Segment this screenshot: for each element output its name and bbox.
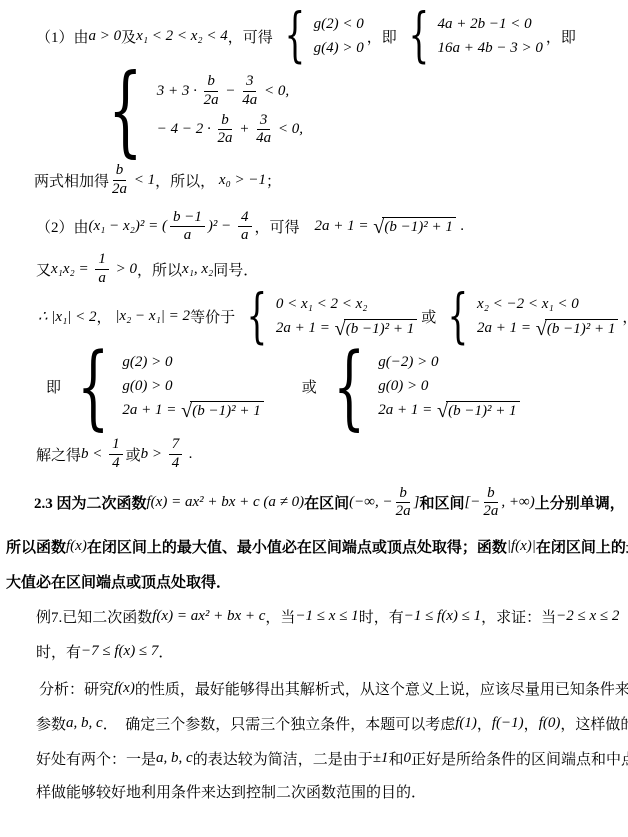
fraction-numerator: 3 — [243, 74, 257, 92]
text-run: ． — [158, 641, 173, 662]
case-row: 2a + 1 = √(b −1)² + 1 — [122, 401, 264, 421]
square-root: √(b −1)² + 1 — [373, 217, 456, 237]
math-line-15: 参数a, b, c． 确定三个参数，只需三个独立条件，本题可以考虑f(1)，f(… — [6, 713, 622, 734]
left-brace-icon: { — [108, 74, 142, 147]
math-line-14: 分析：研究f(x)的性质，最好能够得出其解析式，从这个意义上说，应该尽量用已知条… — [6, 678, 622, 699]
math-run: − — [222, 83, 240, 100]
fraction-numerator: 1 — [109, 437, 123, 455]
fraction-numerator: 4 — [238, 210, 252, 228]
cases-rows: x₂ < −2 < x₁ < 02a + 1 = √(b −1)² + 1 — [474, 295, 619, 339]
math-run: a, b, c — [66, 715, 103, 732]
math-run: x₀ > −1 — [219, 172, 266, 189]
math-run: −1 ≤ x ≤ 1 — [295, 608, 358, 625]
case-row: 0 < x₁ < 2 < x₂ — [276, 295, 368, 315]
fraction: b2a — [396, 486, 411, 521]
math-run: f(−1) — [492, 715, 524, 732]
text-run: ，所以 — [137, 259, 182, 280]
text-run: ． 确定三个参数，只需三个独立条件，本题可以考虑 — [103, 713, 456, 734]
fraction-denominator: 2a — [483, 503, 498, 520]
text-run: ， — [97, 306, 116, 327]
math-line-9: 2.3 因为二次函数f(x) = ax² + bx + c (a ≠ 0)在区间… — [6, 486, 622, 521]
math-run: 0 — [403, 750, 411, 767]
fraction: b −1a — [170, 210, 205, 245]
math-run: x₁ < 2 < x₂ < 4 — [136, 28, 228, 45]
math-run: < 1 — [130, 172, 155, 189]
math-run: −2 ≤ x ≤ 2 — [556, 608, 619, 625]
math-run: a, b, c — [156, 750, 193, 767]
fraction-numerator: b — [204, 74, 218, 92]
text-run: 又 — [36, 259, 51, 280]
text-run: ； — [266, 170, 281, 191]
math-run: 16a + 4b − 3 > 0 — [438, 40, 543, 57]
math-run: < 0, — [274, 121, 303, 138]
math-run: 0 < x₁ < 2 < x₂ — [276, 296, 368, 313]
fraction: 14 — [109, 437, 123, 472]
text-run: 的性质，最好能够得出其解析式，从这个意义上说，应该尽量用已知条件来表达 — [135, 678, 628, 699]
text-run: 和 — [388, 748, 403, 769]
math-run: + — [235, 121, 253, 138]
cases-group: {x₂ < −2 < x₁ < 02a + 1 = √(b −1)² + 1 — [439, 295, 619, 339]
math-line-7: 即{g(2) > 0g(0) > 02a + 1 = √(b −1)² + 1或… — [6, 353, 622, 421]
math-run: |x₂ − x₁| = 2 — [115, 308, 190, 325]
fraction-denominator: a — [184, 227, 192, 244]
text-run: ，所以， — [155, 170, 219, 191]
text-run: 即 — [46, 376, 61, 397]
text-run: ， — [477, 713, 492, 734]
text-run: ， — [622, 306, 628, 327]
text-run: 大值必在区间端点或顶点处取得． — [6, 571, 231, 592]
text-run: 在闭区间上的最 — [536, 536, 628, 557]
fraction-numerator: b — [484, 486, 498, 504]
fraction-denominator: 4 — [112, 455, 120, 472]
math-document: （1）由a > 0及x₁ < 2 < x₂ < 4，可得{g(2) < 0g(4… — [0, 0, 628, 814]
fraction: 74 — [169, 437, 183, 472]
text-run: 解之得 — [36, 444, 81, 465]
text-run: 等价于 — [190, 306, 235, 327]
text-run: 在区间 — [304, 492, 349, 513]
fraction: 1a — [95, 252, 109, 287]
radicand: (b −1)² + 1 — [190, 401, 263, 421]
math-run: ±1 — [373, 750, 389, 767]
math-run: 2a + 1 = — [315, 218, 373, 235]
fraction: b2a — [112, 163, 127, 198]
fraction-denominator: a — [98, 270, 106, 287]
math-line-1: （1）由a > 0及x₁ < 2 < x₂ < 4，可得{g(2) < 0g(4… — [6, 14, 622, 58]
text-run: 时，有 — [359, 606, 404, 627]
fraction: b2a — [204, 74, 219, 109]
math-line-11: 大值必在区间端点或顶点处取得． — [6, 571, 622, 592]
case-row: 2a + 1 = √(b −1)² + 1 — [378, 401, 520, 421]
text-run: 所以函数 — [6, 536, 66, 557]
text-run: 参数 — [36, 713, 66, 734]
fraction-numerator: 7 — [169, 437, 183, 455]
math-run: 3 + 3 · — [157, 83, 201, 100]
case-row: 3 + 3 · b2a − 34a < 0, — [157, 74, 289, 109]
math-run: f(0) — [539, 715, 561, 732]
text-run: （2）由 — [36, 216, 89, 237]
text-run: 2.3 因为二次函数 — [34, 492, 147, 513]
fraction-denominator: 2a — [112, 181, 127, 198]
text-run: ，可得 — [255, 216, 315, 237]
math-run: f(x) — [66, 538, 87, 555]
case-row: 2a + 1 = √(b −1)² + 1 — [477, 319, 619, 339]
math-run: −1 ≤ f(x) ≤ 1 — [404, 608, 481, 625]
fraction-numerator: b — [396, 486, 410, 504]
text-run: 两式相加得 — [34, 170, 109, 191]
math-run: ∴ |x₁| < 2 — [38, 307, 97, 326]
cases-rows: g(2) < 0g(4) > 0 — [311, 14, 364, 58]
left-brace-icon: { — [408, 14, 429, 58]
text-run: 同号． — [213, 259, 258, 280]
text-run: 正好是所给条件的区间端点和中点，这 — [411, 748, 628, 769]
math-run: −7 ≤ f(x) ≤ 7 — [81, 643, 158, 660]
math-run: x₂ < −2 < x₁ < 0 — [477, 296, 579, 313]
math-run: f(1) — [455, 715, 477, 732]
fraction-denominator: a — [241, 227, 249, 244]
case-row: 4a + 2b −1 < 0 — [438, 14, 532, 34]
math-line-12: 例7.已知二次函数f(x) = ax² + bx + c，当−1 ≤ x ≤ 1… — [6, 606, 622, 627]
text-run: 分析：研究 — [39, 678, 114, 699]
math-line-13: 时，有−7 ≤ f(x) ≤ 7． — [6, 641, 622, 662]
text-run: 好处有两个：一是 — [36, 748, 156, 769]
square-root: √(b −1)² + 1 — [536, 319, 619, 339]
fraction-numerator: 3 — [257, 113, 271, 131]
text-run: 例7.已知二次函数 — [36, 606, 152, 627]
math-run: . — [457, 218, 465, 235]
left-brace-icon: { — [284, 14, 305, 58]
fraction-denominator: 4 — [172, 455, 180, 472]
square-root: √(b −1)² + 1 — [437, 401, 520, 421]
math-run: g(2) > 0 — [122, 354, 172, 371]
cases-group: {g(2) > 0g(0) > 02a + 1 = √(b −1)² + 1 — [64, 353, 265, 421]
left-brace-icon: { — [448, 295, 469, 339]
math-run: 2a + 1 = — [378, 402, 436, 419]
math-line-8: 解之得b < 14或b > 74 . — [6, 437, 622, 472]
math-run: , +∞) — [501, 494, 534, 511]
text-run: ，即 — [546, 26, 576, 47]
math-run: )² − — [208, 218, 235, 235]
case-row: g(4) > 0 — [314, 38, 364, 58]
case-row: g(2) < 0 — [314, 14, 364, 34]
case-row: g(0) > 0 — [378, 377, 428, 397]
math-run: g(2) < 0 — [314, 16, 364, 33]
math-line-3: 两式相加得b2a < 1，所以， x₀ > −1； — [6, 163, 622, 198]
math-run: [− — [464, 494, 480, 511]
radicand: (b −1)² + 1 — [545, 319, 618, 339]
fraction: 34a — [242, 74, 257, 109]
text-run: 或 — [421, 306, 436, 327]
left-brace-icon: { — [333, 353, 365, 421]
fraction-denominator: 2a — [217, 130, 232, 147]
text-run: ，即 — [367, 26, 397, 47]
math-run: g(4) > 0 — [314, 40, 364, 57]
fraction: 4a — [238, 210, 252, 245]
square-root: √(b −1)² + 1 — [181, 401, 264, 421]
text-run: ，可得 — [228, 26, 273, 47]
case-row: g(0) > 0 — [122, 377, 172, 397]
math-run: 2a + 1 = — [122, 402, 180, 419]
math-run: 4a + 2b −1 < 0 — [438, 16, 532, 33]
cases-rows: 3 + 3 · b2a − 34a < 0,− 4 − 2 · b2a + 34… — [154, 74, 303, 147]
math-run: < 0, — [260, 83, 289, 100]
cases-group: {0 < x₁ < 2 < x₂2a + 1 = √(b −1)² + 1 — [238, 295, 418, 339]
text-run: ，当 — [265, 606, 295, 627]
fraction: b2a — [217, 113, 232, 148]
math-line-5: 又x₁x₂ = 1a > 0，所以x₁, x₂同号． — [6, 252, 622, 287]
math-line-17: 样做能够较好地利用条件来达到控制二次函数范围的目的． — [6, 781, 622, 802]
math-run: − 4 − 2 · — [157, 121, 215, 138]
fraction: 34a — [256, 113, 271, 148]
text-run: 样做能够较好地利用条件来达到控制二次函数范围的目的． — [36, 781, 426, 802]
math-run: > 0 — [112, 261, 137, 278]
text-run: ， — [524, 713, 539, 734]
math-run: (x₁ − x₂)² = ( — [89, 218, 167, 235]
cases-group: {4a + 2b −1 < 016a + 4b − 3 > 0 — [400, 14, 543, 58]
text-run: 或 — [126, 444, 141, 465]
fraction-denominator: 4a — [242, 92, 257, 109]
cases-group: {g(2) < 0g(4) > 0 — [276, 14, 364, 58]
math-run: (−∞, − — [349, 494, 392, 511]
case-row: − 4 − 2 · b2a + 34a < 0, — [157, 113, 303, 148]
text-run: 或 — [302, 376, 317, 397]
text-run: 的表达较为简洁，二是由于 — [193, 748, 373, 769]
math-run: . — [185, 446, 193, 463]
math-run: f(x) = ax² + bx + c — [152, 608, 265, 625]
case-row: g(−2) > 0 — [378, 353, 438, 373]
text-run: ，这样做的 — [560, 713, 628, 734]
math-run: b < — [81, 446, 106, 463]
case-row: x₂ < −2 < x₁ < 0 — [477, 295, 579, 315]
cases-rows: g(−2) > 0g(0) > 02a + 1 = √(b −1)² + 1 — [375, 353, 520, 421]
fraction: b2a — [483, 486, 498, 521]
fraction-denominator: 4a — [256, 130, 271, 147]
radicand: (b −1)² + 1 — [446, 401, 519, 421]
math-run: x₁x₂ = — [51, 261, 92, 278]
math-run: g(−2) > 0 — [378, 354, 438, 371]
math-line-16: 好处有两个：一是a, b, c的表达较为简洁，二是由于±1和0正好是所给条件的区… — [6, 748, 622, 769]
text-run: 在闭区间上的最大值、最小值必在区间端点或顶点处取得；函数 — [87, 536, 507, 557]
math-run: g(0) > 0 — [122, 378, 172, 395]
math-run: f(x) = ax² + bx + c (a ≠ 0) — [147, 494, 305, 511]
cases-rows: g(2) > 0g(0) > 02a + 1 = √(b −1)² + 1 — [119, 353, 264, 421]
math-line-2: {3 + 3 · b2a − 34a < 0,− 4 − 2 · b2a + 3… — [6, 74, 622, 147]
text-run: 和区间 — [419, 492, 464, 513]
case-row: 16a + 4b − 3 > 0 — [438, 38, 543, 58]
fraction-denominator: 2a — [396, 503, 411, 520]
text-run: ，求证：当 — [481, 606, 556, 627]
math-line-4: （2）由(x₁ − x₂)² = (b −1a)² − 4a，可得 2a + 1… — [6, 210, 622, 245]
math-run: 2a + 1 = — [477, 320, 535, 337]
cases-rows: 4a + 2b −1 < 016a + 4b − 3 > 0 — [435, 14, 543, 58]
left-brace-icon: { — [77, 353, 109, 421]
math-run: g(0) > 0 — [378, 378, 428, 395]
math-run: f(x) — [114, 680, 135, 697]
text-run: 上分别单调， — [535, 492, 625, 513]
fraction-denominator: 2a — [204, 92, 219, 109]
fraction-numerator: b −1 — [170, 210, 205, 228]
text-run: （1）由 — [36, 26, 89, 47]
math-run: b > — [141, 446, 166, 463]
radicand: (b −1)² + 1 — [382, 217, 455, 237]
text-run: 时，有 — [36, 641, 81, 662]
fraction-numerator: 1 — [95, 252, 109, 270]
math-run: x₁, x₂ — [182, 261, 213, 278]
math-line-10: 所以函数f(x)在闭区间上的最大值、最小值必在区间端点或顶点处取得；函数|f(x… — [6, 536, 622, 557]
left-brace-icon: { — [247, 295, 268, 339]
cases-group: {g(−2) > 0g(0) > 02a + 1 = √(b −1)² + 1 — [320, 353, 521, 421]
math-run: a > 0 — [89, 28, 122, 45]
fraction-numerator: b — [218, 113, 232, 131]
math-run: 2a + 1 = — [276, 320, 334, 337]
math-run: |f(x)| — [507, 538, 536, 555]
text-run: 及 — [121, 26, 136, 47]
cases-group: {3 + 3 · b2a − 34a < 0,− 4 − 2 · b2a + 3… — [94, 74, 303, 147]
case-row: g(2) > 0 — [122, 353, 172, 373]
